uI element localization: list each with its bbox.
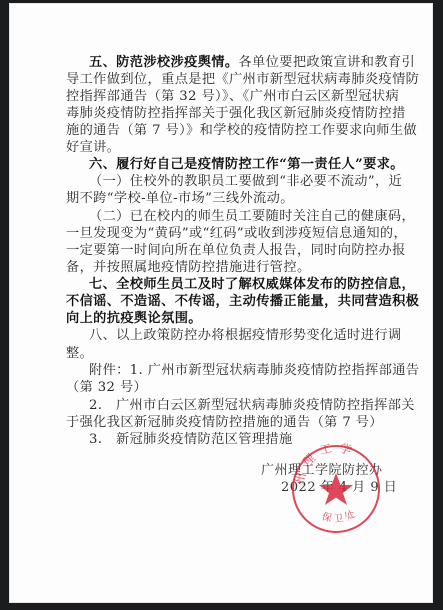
paragraph-line: 导工作做到位，重点是把《广州市新型冠状病毒肺炎疫情防 bbox=[66, 71, 362, 88]
paragraph-line: 一定要第一时间向所在单位负责人报告，同时向防控办报 bbox=[66, 242, 362, 259]
section-5-title: 五、防范涉校涉疫舆情。 bbox=[89, 55, 238, 70]
document-page: 五、防范涉校涉疫舆情。各单位要把政策宣讲和教育引 导工作做到位，重点是把《广州市… bbox=[9, 3, 433, 603]
attachment-2: 2. 广州市白云区新型冠状病毒肺炎疫情防控指挥部关 bbox=[89, 397, 362, 414]
section-7-line: 七、全校师生员工及时了解权威媒体发布的防控信息， bbox=[89, 276, 362, 293]
paragraph-line: 一旦发现变为“黄码”或“红码”或收到涉疫短信息通知的， bbox=[66, 225, 362, 242]
section-7-line: 向上的抗疫舆论氛围。 bbox=[66, 310, 362, 327]
section-8-line: 整。 bbox=[66, 345, 362, 362]
paragraph-line: 施的通告（第 7 号）》和学校的疫情防控工作要求向师生做 bbox=[66, 122, 362, 139]
svg-text:州理工学: 州理工学 bbox=[292, 443, 359, 486]
official-seal-icon: 州理工学 保卫处 bbox=[290, 443, 382, 535]
section-8-line: 八、以上政策防控办将根据疫情形势变化适时进行调 bbox=[89, 327, 362, 344]
attachment-1-cont: （第 32 号） bbox=[66, 379, 362, 396]
paragraph-line: 毒肺炎疫情防控指挥部关于强化我区新冠肺炎疫情防控措 bbox=[66, 105, 362, 122]
section-7-line: 不信谣、不造谣、不传谣，主动传播正能量，共同营造积极 bbox=[66, 293, 362, 310]
paragraph-line: （一）住校外的教职员工要做到“非必要不流动”，近 bbox=[89, 173, 362, 190]
section-5-heading-line: 五、防范涉校涉疫舆情。各单位要把政策宣讲和教育引 bbox=[89, 54, 362, 71]
stamp-bottom-text: 保卫处 bbox=[320, 506, 359, 526]
section-5-text: 各单位要把政策宣讲和教育引 bbox=[238, 55, 415, 70]
stamp-top-text: 州理工学 bbox=[292, 443, 359, 486]
attachment-2-cont: 于强化我区新冠肺炎疫情防控措施的通告（第 7 号） bbox=[66, 414, 362, 431]
attachment-1: 附件：1. 广州市新型冠状病毒肺炎疫情防控指挥部通告 bbox=[89, 362, 362, 379]
paragraph-line: 备，并按照属地疫情防控措施进行管控。 bbox=[66, 259, 362, 276]
paragraph-line: （二）已在校内的师生员工要随时关注自己的健康码， bbox=[89, 208, 362, 225]
paragraph-line: 期不跨“学校-单位-市场”三线外流动。 bbox=[66, 190, 362, 207]
section-6-heading: 六、履行好自己是疫情防控工作“第一责任人”要求。 bbox=[89, 156, 362, 173]
svg-text:保卫处: 保卫处 bbox=[320, 506, 359, 526]
paragraph-line: 好宣讲。 bbox=[66, 139, 362, 156]
paragraph-line: 控指挥部通告（第 32 号）》、《广州市白云区新型冠状病 bbox=[66, 88, 362, 105]
